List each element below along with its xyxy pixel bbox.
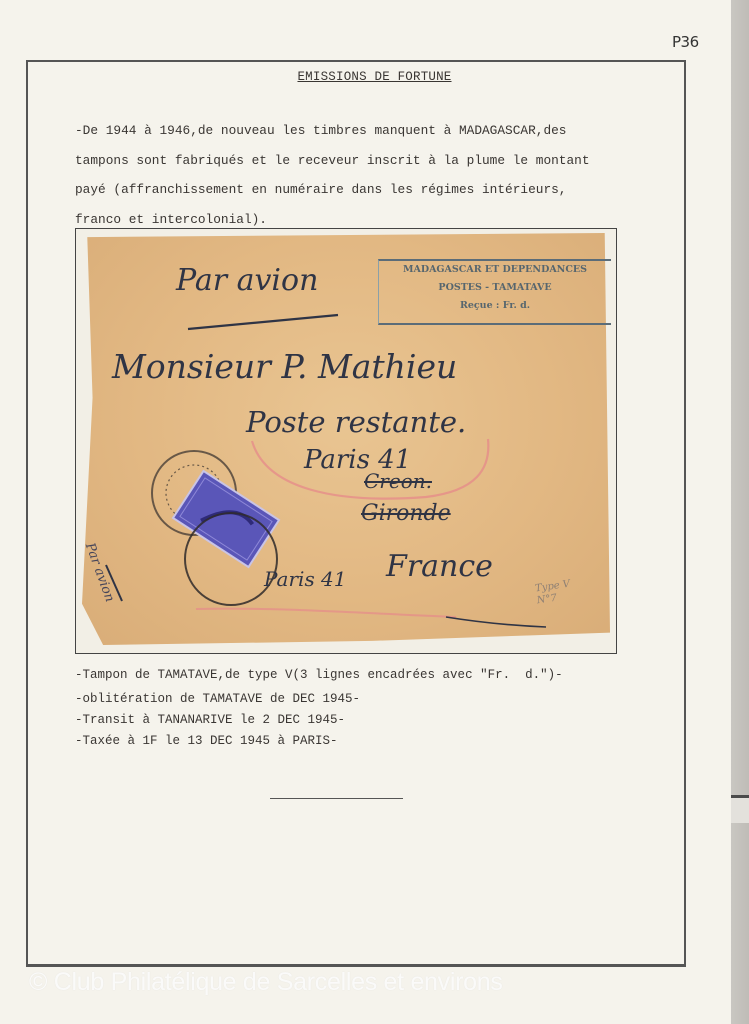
cachet-line: MADAGASCAR ET DEPENDANCES — [379, 261, 611, 279]
scanner-edge — [731, 0, 749, 1024]
handwritten-paris-redirect: Paris 41 — [264, 567, 347, 591]
intro-line: tampons sont fabriqués et le receveur in… — [75, 146, 695, 176]
page-number: P36 — [672, 33, 699, 51]
copyright-watermark: © Club Philatélique de Sarcelles et envi… — [29, 968, 503, 997]
page-title: EMISSIONS DE FORTUNE — [0, 70, 749, 84]
section-end-rule — [270, 798, 403, 799]
caption-block: -Tampon de TAMATAVE,de type V(3 lignes e… — [75, 668, 685, 752]
caption-line: -Tampon de TAMATAVE,de type V(3 lignes e… — [75, 668, 685, 682]
handwritten-crossed-city: Creon. — [364, 469, 432, 493]
handwritten-france: France — [386, 549, 493, 584]
caption-line: -Transit à TANANARIVE le 2 DEC 1945- — [75, 710, 685, 731]
caption-line: -oblitération de TAMATAVE de DEC 1945- — [75, 689, 685, 710]
handwritten-crossed-region: Gironde — [361, 501, 451, 526]
scanner-edge-highlight — [731, 798, 749, 823]
intro-paragraph: -De 1944 à 1946,de nouveau les timbres m… — [75, 116, 695, 234]
intro-line: -De 1944 à 1946,de nouveau les timbres m… — [75, 116, 695, 146]
intro-line: payé (affranchissement en numéraire dans… — [75, 175, 695, 205]
pencil-type-note: Type V N°7 — [535, 579, 573, 608]
handwritten-poste-restante: Poste restante. — [246, 405, 466, 439]
postage-stamp — [173, 471, 279, 567]
fortune-cachet: MADAGASCAR ET DEPENDANCES POSTES - TAMAT… — [378, 259, 611, 325]
handwritten-par-avion: Par avion — [176, 263, 318, 298]
cachet-line: POSTES - TAMATAVE — [379, 279, 611, 297]
envelope-photo: MADAGASCAR ET DEPENDANCES POSTES - TAMAT… — [75, 228, 617, 654]
caption-line: -Taxée à 1F le 13 DEC 1945 à PARIS- — [75, 731, 685, 752]
cachet-line: Reçue : Fr. d. — [379, 297, 611, 315]
handwritten-addressee: Monsieur P. Mathieu — [112, 347, 457, 386]
